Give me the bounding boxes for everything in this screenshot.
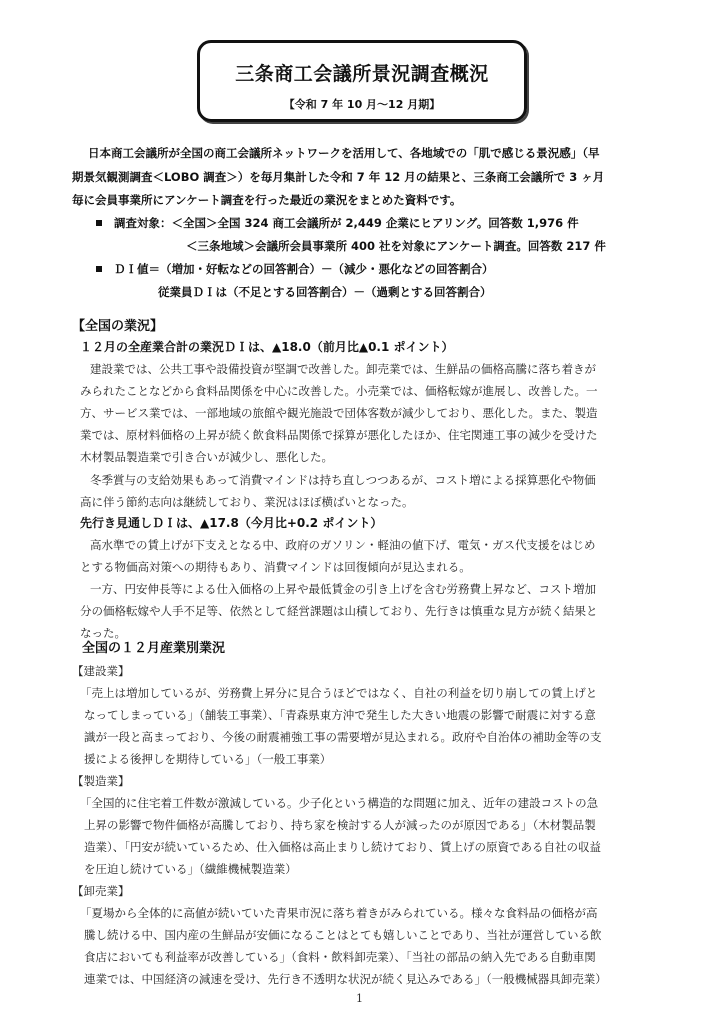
wholesale-line-3: 食店においても利益率が改善している」（食料・飲料卸売業）、「当社の部品の納入先で… — [84, 950, 596, 964]
industry-label-construction: 【建設業】 — [72, 664, 130, 678]
document-page: 三条商工会議所景況調査概況 【令和 7 年 10 月～12 月期】 日本商工会議… — [0, 0, 724, 1024]
intro-line-1: 日本商工会議所が全国の商工会議所ネットワークを活用して、各地域での「肌で感じる景… — [88, 146, 600, 160]
national-para1-line5: 木材製品製造業で引き合いが減少し、悪化した。 — [80, 450, 333, 464]
national-para3-line2: とする物価高対策への期待もあり、消費マインドは回復傾向が見込まれる。 — [80, 560, 471, 574]
manufacturing-line-3: 造業）、「円安が続いているため、仕入価格は高止まりし続けており、賃上げの原資であ… — [84, 840, 601, 854]
national-para1-line3: 方、サービス業では、一部地域の旅館や観光施設で団体客数が減少しており、悪化した。… — [80, 406, 598, 420]
manufacturing-line-4: を圧迫し続けている」（繊維機械製造業） — [84, 862, 297, 876]
outlook-di-heading: 先行き見通しＤＩは、▲17.8（今月比+0.2 ポイント） — [80, 516, 382, 530]
national-para4-line1: 一方、円安伸長等による仕入価格の上昇や最低賃金の引き上げを含む労務費上昇など、コ… — [90, 582, 596, 596]
industry-label-wholesale: 【卸売業】 — [72, 884, 130, 898]
construction-line-3: 識が一段と高まっており、今後の耐震補強工事の需要増が見込まれる。政府や自治体の補… — [84, 730, 602, 744]
national-para2-line2: 高に伴う節約志向は継続しており、業況はほぼ横ばいとなった。 — [80, 495, 414, 509]
bullet-square-icon — [96, 266, 102, 272]
national-di-heading: １２月の全産業合計の業況ＤＩは、▲18.0（前月比▲0.1 ポイント） — [80, 340, 454, 354]
national-para1-line2: みられたことなどから食料品関係を中心に改善した。小売業では、価格転嫁が進展し、改… — [80, 384, 598, 398]
employee-di-definition: 従業員ＤＩは（不足とする回答割合）－（過剰とする回答割合） — [158, 285, 492, 299]
national-para1-line4: 業では、原材料価格の上昇が続く飲食料品関係で採算が悪化したほか、住宅関連工事の減… — [80, 428, 598, 442]
intro-line-3: 毎に会員事業所にアンケート調査を行った最近の業況をまとめた資料です。 — [72, 193, 461, 207]
national-para2-line1: 冬季賞与の支給効果もあって消費マインドは持ち直しつつあるが、コスト増による採算悪… — [90, 473, 596, 487]
document-title: 三条商工会議所景況調査概況 — [200, 59, 524, 86]
construction-line-2: なってしまっている」（舗装工事業）、「青森県東方沖で発生した大きい地震の影響で耐… — [84, 708, 596, 722]
bullet-survey-target: 調査対象：＜全国＞全国 324 商工会議所が 2,449 企業にヒアリング。回答… — [96, 216, 579, 230]
national-para3-line1: 高水準での賃上げが下支えとなる中、政府のガソリン・軽油の値下げ、電気・ガス代支援… — [90, 538, 596, 552]
intro-line-2: 期景気観測調査＜LOBO 調査＞）を毎月集計した令和 7 年 12 月の結果と、… — [72, 170, 604, 184]
wholesale-line-4: 連業では、中国経済の減速を受け、先行き不透明な状況が続く見込みである」（一般機械… — [84, 972, 607, 986]
national-para1-line1: 建設業では、公共工事や設備投資が堅調で改善した。卸売業では、生鮮品の価格高騰に落… — [90, 362, 596, 376]
national-heading: 【全国の業況】 — [72, 320, 163, 334]
wholesale-line-2: 騰し続ける中、国内産の生鮮品が安価になることはとても嬉しいことであり、当社が運営… — [84, 928, 602, 942]
bullet-square-icon — [96, 220, 102, 226]
construction-line-4: 援による後押しを期待している」（一般工事業） — [84, 752, 331, 766]
industry-label-manufacturing: 【製造業】 — [72, 774, 130, 788]
national-para4-line3: なった。 — [80, 626, 126, 640]
national-para4-line2: 分の価格転嫁や人手不足等、依然として経営課題は山積しており、先行きは慎重な見方が… — [80, 604, 598, 618]
title-box: 三条商工会議所景況調査概況 【令和 7 年 10 月～12 月期】 — [197, 40, 527, 122]
construction-line-1: 「売上は増加しているが、労務費上昇分に見合うほどではなく、自社の利益を切り崩して… — [80, 686, 597, 700]
document-period: 【令和 7 年 10 月～12 月期】 — [200, 96, 524, 112]
bullet-survey-target-sanjo: ＜三条地域＞会議所会員事業所 400 社を対象にアンケート調査。回答数 217 … — [186, 239, 606, 253]
page-number: 1 — [356, 992, 363, 1005]
industry-heading: 全国の１２月産業別業況 — [82, 642, 225, 656]
wholesale-line-1: 「夏場から全体的に高値が続いていた青果市況に落ち着きがみられている。様々な食料品… — [80, 906, 598, 920]
manufacturing-line-1: 「全国的に住宅着工件数が激減している。少子化という構造的な問題に加え、近年の建設… — [80, 796, 598, 810]
manufacturing-line-2: 上昇の影響で物件価格が高騰しており、持ち家を検討する人が減ったのが原因である」（… — [84, 818, 596, 832]
bullet-di-definition: ＤＩ値＝（増加・好転などの回答割合）－（減少・悪化などの回答割合） — [96, 262, 494, 276]
